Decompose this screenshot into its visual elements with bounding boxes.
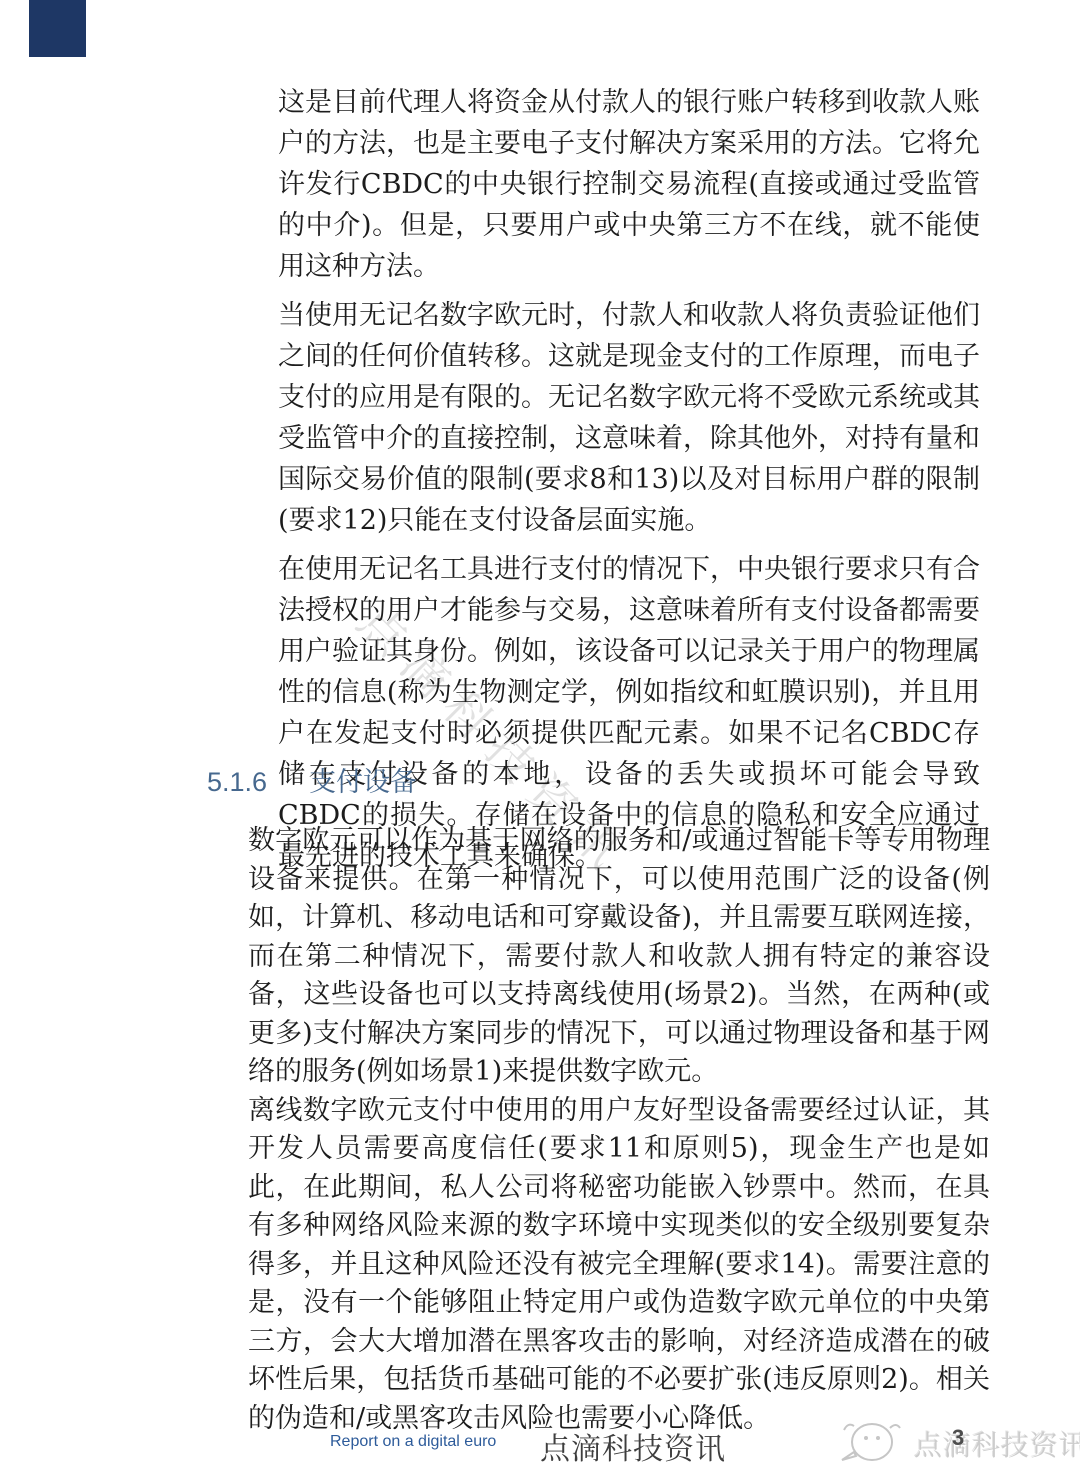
- page-number: 3: [952, 1425, 964, 1451]
- paragraph: 当使用无记名数字欧元时，付款人和收款人将负责验证他们之间的任何价值转移。这就是现…: [278, 295, 980, 541]
- speech-bubble-face-icon: [832, 1420, 910, 1468]
- body-top-block: 这是目前代理人将资金从付款人的银行账户转移到收款人账户的方法，也是主要电子支付解…: [278, 82, 980, 877]
- paragraph: 离线数字欧元支付中使用的用户友好型设备需要经过认证，其开发人员需要高度信任(要求…: [248, 1092, 990, 1439]
- section-heading: 5.1.6支付设备: [207, 760, 417, 799]
- document-page: 点滴科技资讯 这是目前代理人将资金从付款人的银行账户转移到收款人账户的方法，也是…: [0, 0, 1080, 1468]
- body-bottom-block: 数字欧元可以作为基于网络的服务和/或通过智能卡等专用物理设备来提供。在第一种情况…: [248, 822, 990, 1438]
- footer-report-title: Report on a digital euro: [330, 1433, 496, 1451]
- section-heading-number: 5.1.6: [207, 767, 267, 798]
- paragraph: 这是目前代理人将资金从付款人的银行账户转移到收款人账户的方法，也是主要电子支付解…: [278, 82, 980, 287]
- footer-brand-right-text: 点滴科技资讯: [914, 1424, 1080, 1464]
- corner-logo-square: [29, 0, 86, 57]
- paragraph: 数字欧元可以作为基于网络的服务和/或通过智能卡等专用物理设备来提供。在第一种情况…: [248, 822, 990, 1092]
- footer-brand-center: 点滴科技资讯: [540, 1424, 726, 1468]
- section-heading-title: 支付设备: [309, 767, 417, 797]
